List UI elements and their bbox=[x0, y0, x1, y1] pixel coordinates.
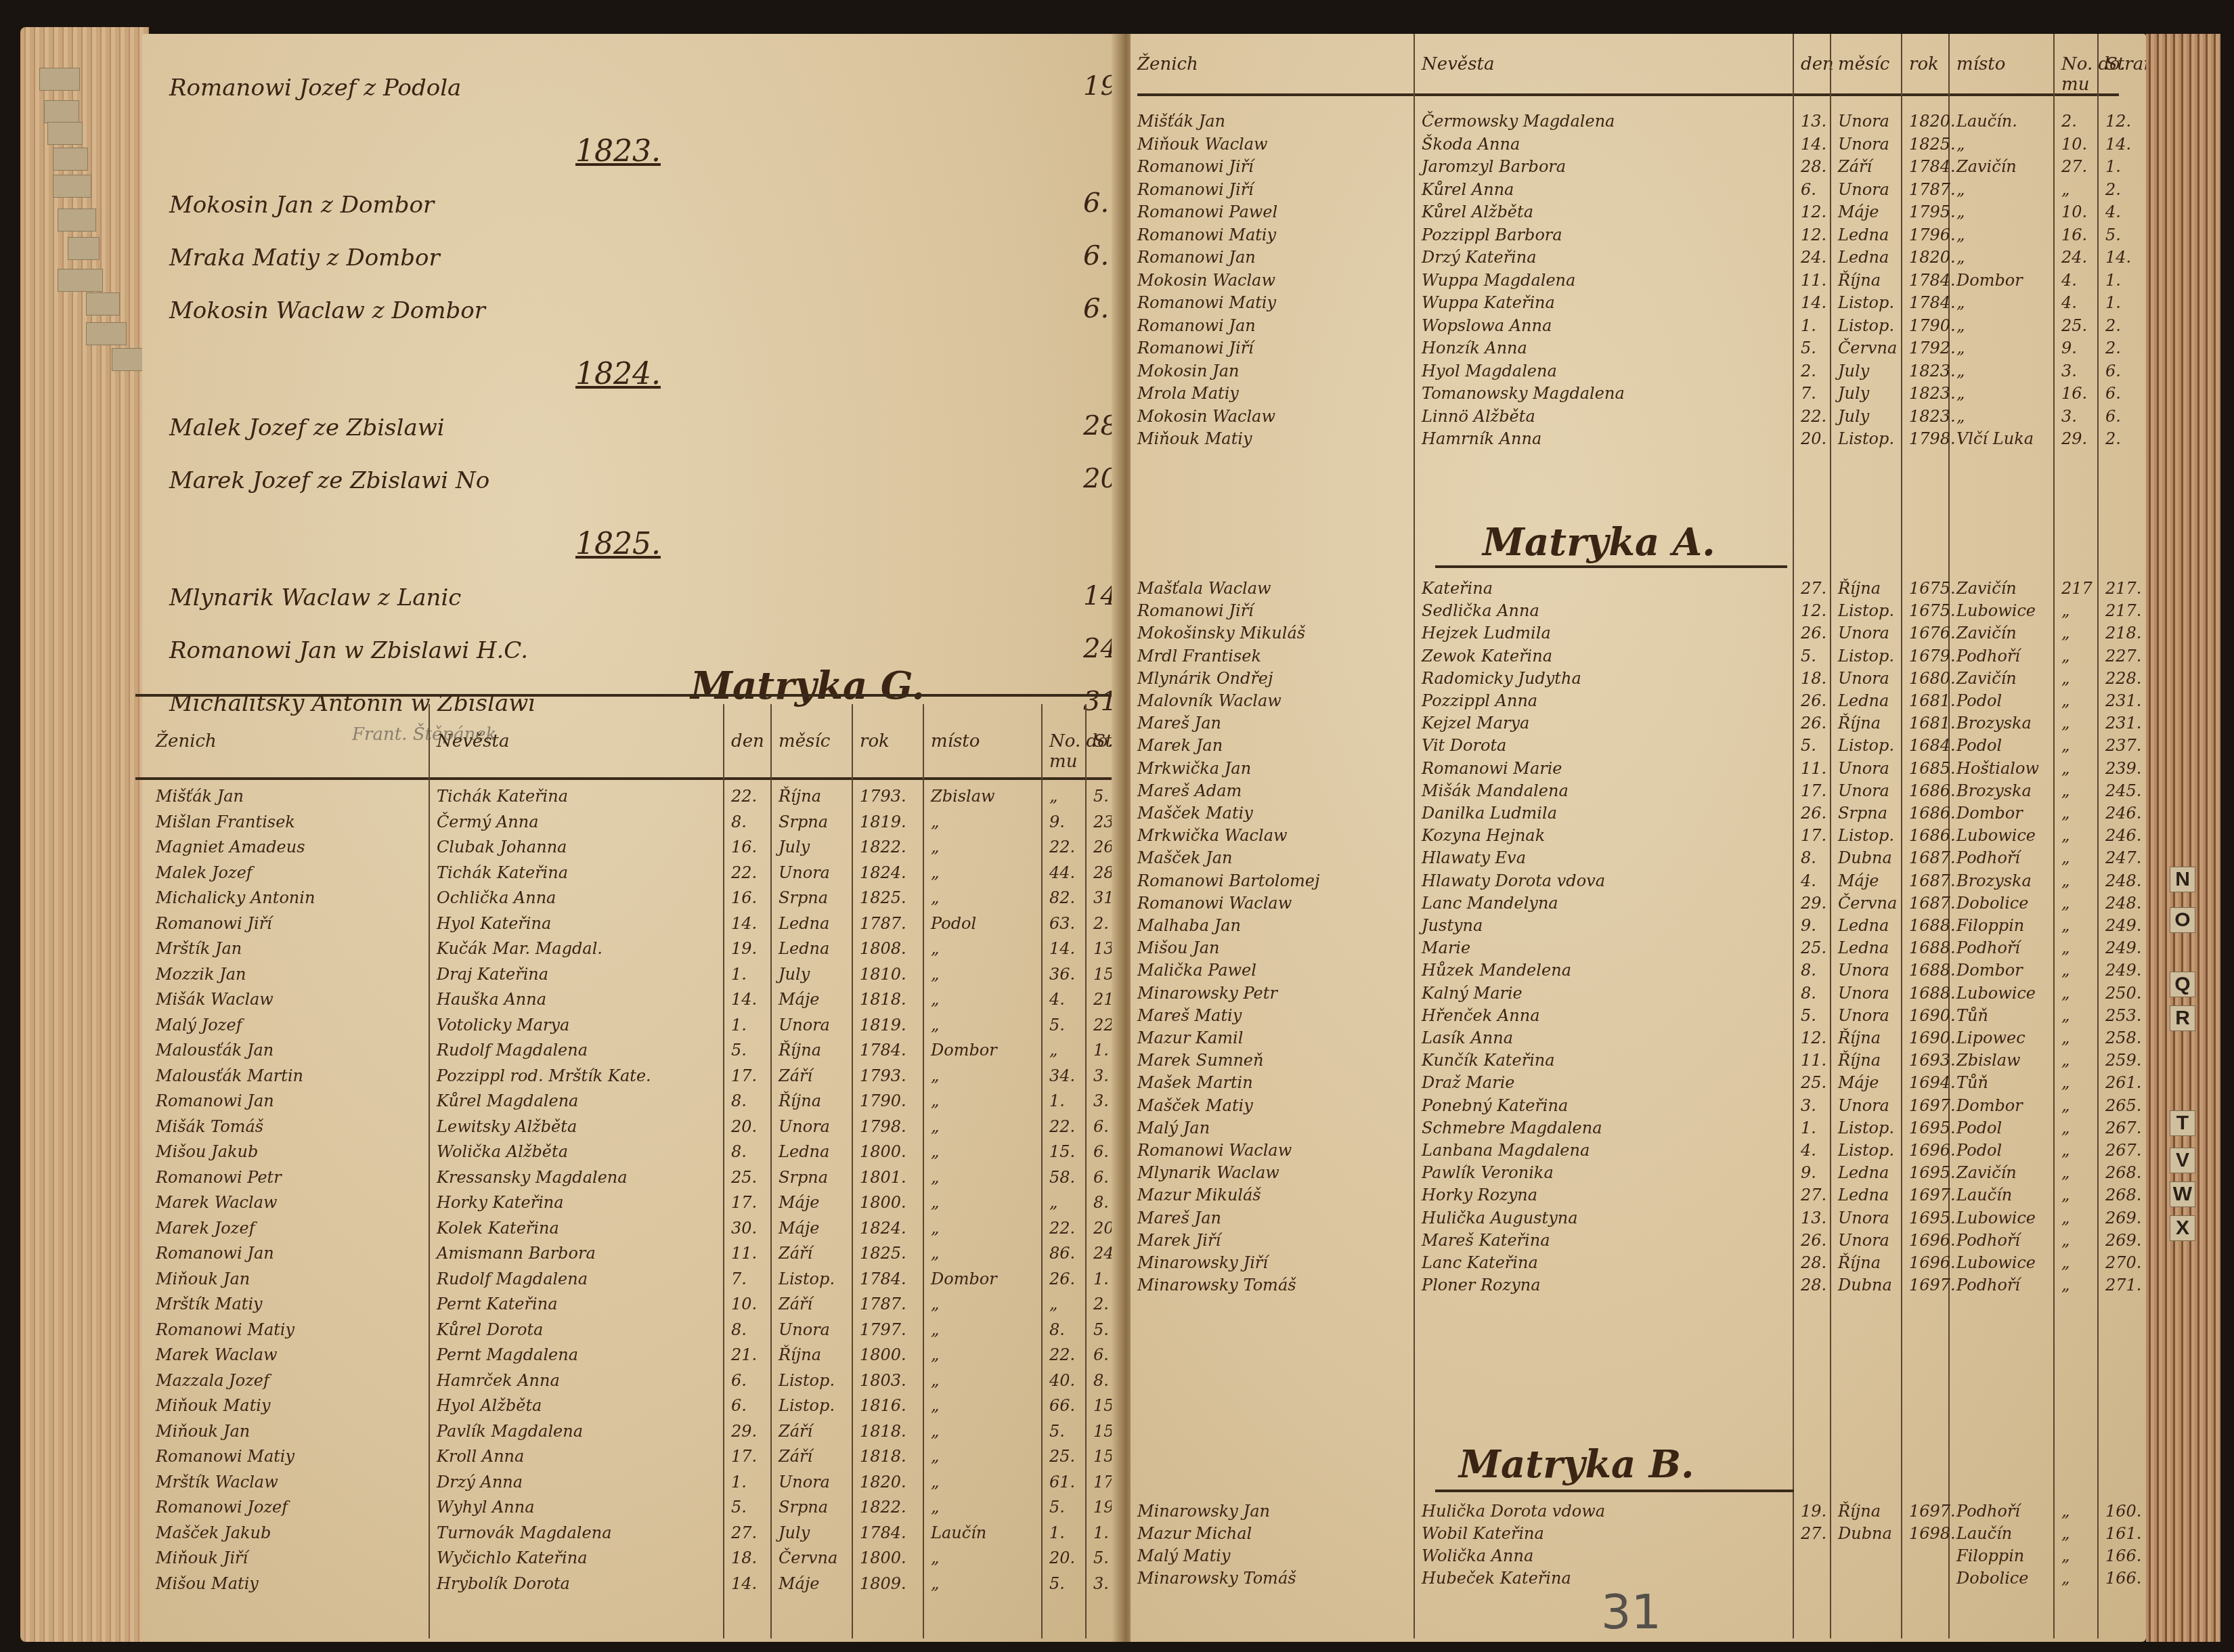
table-row: Marek WaclawPernt Magdalena21.Října1800.… bbox=[142, 1345, 1117, 1371]
table-cell: 268. bbox=[2105, 1163, 2141, 1182]
table-row: Romanowi JanKůrel Magdalena8.Října1790.„… bbox=[142, 1091, 1117, 1117]
table-cell: Máje bbox=[779, 1219, 820, 1238]
table-cell: „ bbox=[2061, 714, 2069, 733]
table-cell: 8. bbox=[1801, 848, 1816, 867]
table-cell: 1793. bbox=[860, 787, 906, 806]
table-cell: 10. bbox=[2061, 202, 2087, 221]
table-cell: 1688. bbox=[1909, 984, 1956, 1003]
table-cell: 1784. bbox=[860, 1269, 906, 1288]
table-cell: Dombor bbox=[1956, 961, 2023, 980]
index-tab bbox=[86, 292, 120, 316]
table-cell: 20. bbox=[1801, 429, 1826, 448]
table-cell: 237. bbox=[2105, 736, 2141, 755]
table-cell: 14. bbox=[731, 914, 757, 933]
table-cell: 1823. bbox=[1909, 362, 1956, 381]
index-entry-name: Mokosin Waclaw z Dombor bbox=[169, 297, 485, 324]
table-cell: July bbox=[1838, 384, 1869, 403]
table-cell: Října bbox=[779, 787, 821, 806]
table-cell: 1. bbox=[1801, 316, 1816, 335]
table-cell: 26. bbox=[1801, 1231, 1826, 1250]
table-cell: Lanc Kateřina bbox=[1422, 1253, 1538, 1272]
table-cell: Wopslowa Anna bbox=[1422, 316, 1552, 335]
table-cell: 1810. bbox=[860, 965, 906, 984]
table-cell: 1. bbox=[1093, 1041, 1109, 1060]
table-cell: Pawlík Veronika bbox=[1422, 1163, 1554, 1182]
table-cell: 1825. bbox=[860, 888, 906, 907]
table-cell: 5. bbox=[1049, 1498, 1065, 1517]
table-cell: Mrkwička Jan bbox=[1137, 759, 1251, 778]
index-entry-name: Malek Jozef ze Zbislawi bbox=[169, 414, 445, 441]
table-cell: Mokosin Waclaw bbox=[1137, 271, 1275, 290]
table-cell: Romanowi Jan bbox=[156, 1091, 274, 1110]
table-cell: 5. bbox=[1093, 1548, 1109, 1567]
table-cell: 1685. bbox=[1909, 759, 1956, 778]
index-tab bbox=[58, 269, 103, 292]
table-cell: Listop. bbox=[1838, 1141, 1894, 1160]
table-cell: 21. bbox=[731, 1345, 757, 1364]
table-cell: Hoštialow bbox=[1956, 759, 2039, 778]
table-cell: Mašček Jan bbox=[1137, 848, 1232, 867]
table-cell: „ bbox=[931, 1371, 939, 1390]
table-cell: 217 bbox=[2061, 579, 2093, 598]
table-cell: Mareš Kateřina bbox=[1422, 1231, 1550, 1250]
table-cell: Draj Kateřina bbox=[437, 965, 548, 984]
table-cell: 6. bbox=[1801, 180, 1816, 199]
table-cell: Ledna bbox=[1838, 938, 1889, 957]
table-cell: Filoppin bbox=[1956, 1546, 2024, 1565]
table-cell: Michalicky Antonin bbox=[156, 888, 315, 907]
table-cell: 58. bbox=[1049, 1168, 1075, 1187]
table-cell: „ bbox=[931, 1498, 939, 1517]
table-cell: 1822. bbox=[860, 838, 906, 856]
table-cell: Unora bbox=[1838, 1209, 1889, 1227]
table-cell: Dubna bbox=[1838, 1276, 1892, 1295]
table-cell: „ bbox=[931, 990, 939, 1009]
table-cell: Kůrel Alžběta bbox=[1422, 202, 1533, 221]
table-cell: Srpna bbox=[779, 1498, 828, 1517]
table-row: Mišťák JanČermowsky Magdalena13.Unora182… bbox=[1131, 112, 2146, 137]
table-cell: 249. bbox=[2105, 916, 2141, 935]
table-cell: 27. bbox=[731, 1523, 757, 1542]
table-cell: Září bbox=[779, 1295, 812, 1313]
table-cell: Listop. bbox=[1838, 736, 1894, 755]
index-tab bbox=[44, 100, 79, 123]
table-cell: Pozzippl Barbora bbox=[1422, 225, 1562, 244]
table-row: Miňouk WaclawŠkoda Anna14.Unora1825.„10.… bbox=[1131, 135, 2146, 160]
table-cell: 1796. bbox=[1909, 225, 1956, 244]
table-cell: 1823. bbox=[1909, 384, 1956, 403]
table-cell: 1803. bbox=[860, 1371, 906, 1390]
table-cell: „ bbox=[931, 1117, 939, 1136]
table-cell: Mašťala Waclaw bbox=[1137, 579, 1271, 598]
table-row: Malousťák JanRudolf Magdalena5.Října1784… bbox=[142, 1041, 1117, 1066]
table-cell: Mrdl Frantisek bbox=[1137, 647, 1261, 666]
table-cell: Hrybolík Dorota bbox=[437, 1574, 570, 1593]
index-entry-page: 6. bbox=[1083, 293, 1109, 324]
table-cell: „ bbox=[2061, 691, 2069, 710]
table-cell: Mareš Adam bbox=[1137, 781, 1242, 800]
table-row: Mišťák JanTichák Kateřina22.Října1793.Zb… bbox=[142, 787, 1117, 812]
table-cell: Malek Jozef bbox=[156, 863, 253, 882]
table-cell: 1679. bbox=[1909, 647, 1956, 666]
index-tab bbox=[53, 175, 91, 198]
column-header: místo bbox=[931, 731, 980, 752]
table-cell: 40. bbox=[1049, 1371, 1075, 1390]
year-heading: 1823. bbox=[575, 134, 661, 169]
table-cell: Hubeček Kateřina bbox=[1422, 1569, 1571, 1588]
table-cell: Romanowi Matiy bbox=[156, 1447, 294, 1466]
table-cell: 27. bbox=[2061, 157, 2087, 176]
table-cell: Minarowsky Petr bbox=[1137, 984, 1277, 1003]
table-row: Mrola MatiyTomanowsky Magdalena7.July182… bbox=[1131, 384, 2146, 410]
table-cell: 253. bbox=[2105, 1006, 2141, 1025]
table-cell: Unora bbox=[779, 1016, 830, 1035]
table-cell: Malousťák Martin bbox=[156, 1066, 303, 1085]
table-cell: 6. bbox=[1093, 1345, 1109, 1364]
table-cell: Listop. bbox=[1838, 647, 1894, 666]
column-header: měsíc bbox=[1838, 54, 1889, 74]
table-cell: „ bbox=[2061, 1569, 2069, 1588]
table-cell: Dombor bbox=[1956, 271, 2023, 290]
table-cell: 26. bbox=[1801, 691, 1826, 710]
table-cell: Mareš Jan bbox=[1137, 1209, 1221, 1227]
table-cell: 1819. bbox=[860, 812, 906, 831]
table-cell: Horky Rozyna bbox=[1422, 1186, 1537, 1204]
table-cell: 1681. bbox=[1909, 714, 1956, 733]
table-cell: „ bbox=[2061, 1209, 2069, 1227]
table-cell: Pozzippl rod. Mrštík Kate. bbox=[437, 1066, 651, 1085]
table-cell: Rudolf Magdalena bbox=[437, 1041, 588, 1060]
table-cell: 25. bbox=[1801, 938, 1826, 957]
table-cell: Romanowi Matiy bbox=[1137, 225, 1276, 244]
table-cell: Podhoří bbox=[1956, 848, 2020, 867]
table-cell: Ponebný Kateřina bbox=[1422, 1096, 1568, 1115]
table-cell: „ bbox=[931, 838, 939, 856]
table-cell: Unora bbox=[1838, 1006, 1889, 1025]
table-cell: 10. bbox=[2061, 135, 2087, 154]
table-cell: 2. bbox=[2105, 316, 2121, 335]
table-cell: Unora bbox=[779, 1117, 830, 1136]
table-cell: „ bbox=[2061, 601, 2069, 620]
table-row: Romanowi JiříHonzík Anna5.Června1792.„9.… bbox=[1131, 339, 2146, 364]
table-cell: 1696. bbox=[1909, 1141, 1956, 1160]
table-cell: „ bbox=[2061, 1276, 2069, 1295]
table-cell: „ bbox=[1956, 202, 1965, 221]
table-cell: 1697. bbox=[1909, 1186, 1956, 1204]
table-cell: „ bbox=[931, 1422, 939, 1441]
table-cell: Unora bbox=[1838, 781, 1889, 800]
table-cell: Zavičín bbox=[1956, 1163, 2017, 1182]
column-header: rok bbox=[860, 731, 890, 752]
table-cell: Ledna bbox=[1838, 1163, 1889, 1182]
table-cell: Ledna bbox=[1838, 1186, 1889, 1204]
table-cell: 1800. bbox=[860, 1548, 906, 1567]
table-cell: 3. bbox=[1093, 1574, 1109, 1593]
table-cell: Romanowi Matiy bbox=[1137, 293, 1276, 312]
table-cell: 12. bbox=[1801, 225, 1826, 244]
table-cell: Ledna bbox=[1838, 225, 1889, 244]
table-cell: 1784. bbox=[1909, 157, 1956, 176]
table-cell: 28. bbox=[1801, 1276, 1826, 1295]
table-cell: Srpna bbox=[1838, 804, 1887, 823]
table-cell: 25. bbox=[2061, 316, 2087, 335]
table-cell: 6. bbox=[731, 1371, 747, 1390]
table-cell: 4. bbox=[1801, 1141, 1816, 1160]
table-cell: Dombor bbox=[1956, 804, 2023, 823]
table-cell: 4. bbox=[1801, 871, 1816, 890]
table-cell: Listop. bbox=[1838, 1118, 1894, 1137]
table-cell: Zavičín bbox=[1956, 579, 2017, 598]
table-cell: Října bbox=[1838, 1051, 1881, 1070]
table-cell: 11. bbox=[731, 1244, 757, 1263]
table-cell: Dobolice bbox=[1956, 894, 2029, 913]
table-row: Romanowi JanAmismann Barbora11.Září1825.… bbox=[142, 1244, 1117, 1269]
table-cell: Tůň bbox=[1956, 1006, 1988, 1025]
table-cell: 7. bbox=[1801, 384, 1816, 403]
table-cell: 246. bbox=[2105, 804, 2141, 823]
table-cell: Marek Jozef bbox=[156, 1219, 255, 1238]
table-cell: Podol bbox=[931, 914, 976, 933]
table-cell: July bbox=[779, 838, 810, 856]
table-cell: „ bbox=[2061, 1073, 2069, 1092]
table-cell: 19. bbox=[731, 939, 757, 958]
table-cell: 1697. bbox=[1909, 1276, 1956, 1295]
table-cell: 1688. bbox=[1909, 938, 1956, 957]
table-cell: 259. bbox=[2105, 1051, 2141, 1070]
table-cell: „ bbox=[1956, 384, 1965, 403]
table-cell: Ploner Rozyna bbox=[1422, 1276, 1541, 1295]
table-cell: Votolicky Marya bbox=[437, 1016, 569, 1035]
table-cell: Brozyska bbox=[1956, 714, 2032, 733]
table-cell: 44. bbox=[1049, 863, 1075, 882]
table-cell: Kozyna Hejnak bbox=[1422, 826, 1545, 845]
index-entry-name: Mlynarik Waclaw z Lanic bbox=[169, 584, 461, 611]
table-cell: Zbislaw bbox=[1956, 1051, 2021, 1070]
table-cell: 1787. bbox=[860, 914, 906, 933]
table-cell: 5. bbox=[2105, 225, 2121, 244]
table-cell: Mrštík Jan bbox=[156, 939, 242, 958]
table-cell: „ bbox=[931, 1396, 939, 1415]
table-cell: „ bbox=[1049, 1193, 1057, 1212]
table-cell: 16. bbox=[2061, 225, 2087, 244]
table-cell: Romanowi Jozef bbox=[156, 1498, 288, 1517]
table-cell: Horky Kateřina bbox=[437, 1193, 564, 1212]
table-cell: 1824. bbox=[860, 863, 906, 882]
table-cell: 5. bbox=[1801, 647, 1816, 666]
table-cell: Dubna bbox=[1838, 848, 1892, 867]
table-cell: Romanowi Jan bbox=[1137, 248, 1256, 267]
index-entry-name: Romanowi Jozef z Podola bbox=[169, 74, 461, 102]
table-cell: 1818. bbox=[860, 990, 906, 1009]
table-cell: Mazur Michal bbox=[1137, 1524, 1252, 1543]
table-cell: Ledna bbox=[1838, 691, 1889, 710]
table-cell: Mokošinsky Mikuláš bbox=[1137, 624, 1305, 643]
table-cell: 1. bbox=[2105, 157, 2121, 176]
table-cell: Mašček Matiy bbox=[1137, 1096, 1253, 1115]
table-cell: 14. bbox=[731, 1574, 757, 1593]
table-cell: Mašček Jakub bbox=[156, 1523, 271, 1542]
table-cell: Listop. bbox=[1838, 826, 1894, 845]
table-cell: „ bbox=[931, 1142, 939, 1161]
table-cell: „ bbox=[2061, 984, 2069, 1003]
table-cell: Hyol Kateřina bbox=[437, 914, 551, 933]
table-cell: Kateřina bbox=[1422, 579, 1493, 598]
table-cell: 1797. bbox=[860, 1320, 906, 1339]
table-cell: Podol bbox=[1956, 1118, 2002, 1137]
table-cell: Hejzek Ludmila bbox=[1422, 624, 1551, 643]
table-cell: Mrkwička Waclaw bbox=[1137, 826, 1288, 845]
table-cell: 17. bbox=[731, 1066, 757, 1085]
table-cell: Romanowi Waclaw bbox=[1137, 894, 1292, 913]
table-cell: Podol bbox=[1956, 691, 2002, 710]
table-cell: 1696. bbox=[1909, 1253, 1956, 1272]
table-cell: „ bbox=[931, 1447, 939, 1466]
table-cell: 2. bbox=[1801, 362, 1816, 381]
table-cell: 10. bbox=[731, 1295, 757, 1313]
table-cell: Miňouk Matiy bbox=[1137, 429, 1252, 448]
table-row: Mišou MatiyHrybolík Dorota14.Máje1809.„5… bbox=[142, 1574, 1117, 1600]
table-cell: Zavičín bbox=[1956, 669, 2017, 688]
section-a-rule bbox=[1435, 565, 1787, 568]
table-cell: 12. bbox=[1801, 1028, 1826, 1047]
table-cell: Června bbox=[779, 1548, 837, 1567]
table-cell: 22. bbox=[1049, 1219, 1075, 1238]
table-cell: 1. bbox=[731, 1473, 747, 1492]
table-cell: Romanowi Jiří bbox=[1137, 601, 1254, 620]
table-cell: Tichák Kateřina bbox=[437, 863, 568, 882]
table-cell: 12. bbox=[1801, 601, 1826, 620]
table-cell: „ bbox=[931, 1244, 939, 1263]
table-cell: Romanowi Petr bbox=[156, 1168, 282, 1187]
table-row: Romanowi MatiyWuppa Kateřina14.Listop.17… bbox=[1131, 293, 2146, 319]
table-cell: „ bbox=[2061, 916, 2069, 935]
table-cell: Lanc Mandelyna bbox=[1422, 894, 1558, 913]
table-cell: 27. bbox=[1801, 1524, 1826, 1543]
table-cell: 17. bbox=[731, 1193, 757, 1212]
table-cell: „ bbox=[2061, 624, 2069, 643]
table-cell: „ bbox=[2061, 1163, 2069, 1182]
table-row: Mokosin WaclawWuppa Magdalena11.Října178… bbox=[1131, 271, 2146, 297]
table-cell: „ bbox=[2061, 1051, 2069, 1070]
table-cell: Minarowsky Tomáš bbox=[1137, 1276, 1296, 1295]
table-cell: „ bbox=[2061, 1524, 2069, 1543]
column-header: měsíc bbox=[779, 731, 830, 752]
table-cell: „ bbox=[931, 1168, 939, 1187]
table-cell: 1698. bbox=[1909, 1524, 1956, 1543]
index-tab bbox=[47, 122, 83, 145]
table-cell: July bbox=[779, 965, 810, 984]
table-cell: Máje bbox=[779, 1574, 820, 1593]
column-header: Ženich bbox=[156, 731, 217, 752]
table-cell: 8. bbox=[1093, 1371, 1109, 1390]
table-cell: 61. bbox=[1049, 1473, 1075, 1492]
table-cell: 17. bbox=[731, 1447, 757, 1466]
table-cell: 14. bbox=[2105, 248, 2131, 267]
table-row: Mišák TomášLewitsky Alžběta20.Unora1798.… bbox=[142, 1117, 1117, 1143]
table-cell: „ bbox=[2061, 1118, 2069, 1137]
table-cell: Kolek Kateřina bbox=[437, 1219, 559, 1238]
table-cell: 7. bbox=[731, 1269, 747, 1288]
table-cell: 1800. bbox=[860, 1345, 906, 1364]
table-row: Malousťák MartinPozzippl rod. Mrštík Kat… bbox=[142, 1066, 1117, 1092]
table-cell: 1. bbox=[1801, 1118, 1816, 1137]
table-cell: 25. bbox=[731, 1168, 757, 1187]
table-cell: 1790. bbox=[1909, 316, 1956, 335]
index-tab bbox=[39, 68, 80, 91]
section-title-matryka-a: Matryka A. bbox=[1483, 520, 1715, 565]
table-cell: Čermowsky Magdalena bbox=[1422, 112, 1615, 131]
table-cell: „ bbox=[931, 888, 939, 907]
table-cell: 1695. bbox=[1909, 1118, 1956, 1137]
open-register-book: Romanowi Jozef z Podola19.1823.Mokosin J… bbox=[20, 27, 2220, 1642]
table-cell: 25. bbox=[1049, 1447, 1075, 1466]
table-cell: 8. bbox=[1093, 1193, 1109, 1212]
table-cell: Října bbox=[779, 1345, 821, 1364]
table-row: Mišák WaclawHauška Anna14.Máje1818.„4.21… bbox=[142, 990, 1117, 1016]
table-row: Magniet AmadeusClubak Johanna16.July1822… bbox=[142, 838, 1117, 863]
table-cell: 8. bbox=[1049, 1320, 1065, 1339]
table-row: Miňouk JanRudolf Magdalena7.Listop.1784.… bbox=[142, 1269, 1117, 1295]
table-cell: Října bbox=[1838, 1028, 1881, 1047]
table-cell: 28. bbox=[1801, 157, 1826, 176]
table-cell: Června bbox=[1838, 894, 1897, 913]
table-row: Mišlan FrantisekČermý Anna8.Srpna1819.„9… bbox=[142, 812, 1117, 838]
table-cell: „ bbox=[1049, 787, 1057, 806]
table-cell: Unora bbox=[1838, 135, 1889, 154]
table-cell: „ bbox=[1956, 135, 1965, 154]
table-cell: Ledna bbox=[1838, 248, 1889, 267]
table-cell: Unora bbox=[779, 863, 830, 882]
table-cell: „ bbox=[2061, 1546, 2069, 1565]
table-cell: Marek Waclaw bbox=[156, 1193, 278, 1212]
table-cell: 218. bbox=[2105, 624, 2141, 643]
table-cell: Malousťák Jan bbox=[156, 1041, 273, 1060]
table-cell: Miňouk Waclaw bbox=[1137, 135, 1268, 154]
table-cell: Podhoří bbox=[1956, 1231, 2020, 1250]
table-cell: „ bbox=[2061, 1502, 2069, 1521]
table-cell: 1687. bbox=[1909, 894, 1956, 913]
table-cell: 22. bbox=[1049, 1117, 1075, 1136]
table-row: Mokosin JanHyol Magdalena2.July1823.„3.6… bbox=[1131, 362, 2146, 387]
table-cell: Mrštík Matiy bbox=[156, 1295, 263, 1313]
table-cell: Minarowsky Jan bbox=[1137, 1502, 1270, 1521]
table-cell: 1808. bbox=[860, 939, 906, 958]
table-cell: Mišák Waclaw bbox=[156, 990, 273, 1009]
table-cell: Drzý Anna bbox=[437, 1473, 523, 1492]
table-cell: 9. bbox=[2061, 339, 2077, 357]
table-cell: „ bbox=[2061, 759, 2069, 778]
table-cell: 261. bbox=[2105, 1073, 2141, 1092]
table-cell: Mašček Matiy bbox=[1137, 804, 1253, 823]
table-cell: 1800. bbox=[860, 1142, 906, 1161]
table-row: Romanowi JiříKůrel Anna6.Unora1787.„„2. bbox=[1131, 180, 2146, 206]
table-cell: 26. bbox=[1801, 624, 1826, 643]
table-cell: Radomicky Judytha bbox=[1422, 669, 1581, 688]
table-cell: 66. bbox=[1049, 1396, 1075, 1415]
table-cell: Dombor bbox=[1956, 1096, 2023, 1115]
table-cell: 227. bbox=[2105, 647, 2141, 666]
table-cell: Listop. bbox=[779, 1371, 835, 1390]
index-entry-name: Mokosin Jan z Dombor bbox=[169, 192, 434, 219]
table-row: Romanowi MatiyKroll Anna17.Září1818.„25.… bbox=[142, 1447, 1117, 1473]
table-cell: Června bbox=[1838, 339, 1897, 357]
table-cell: 29. bbox=[731, 1422, 757, 1441]
index-entry-page: 6. bbox=[1083, 240, 1109, 271]
table-cell: 231. bbox=[2105, 691, 2141, 710]
table-cell: 1820. bbox=[1909, 248, 1956, 267]
table-cell: Dombor bbox=[931, 1041, 997, 1060]
table-cell: 29. bbox=[1801, 894, 1826, 913]
